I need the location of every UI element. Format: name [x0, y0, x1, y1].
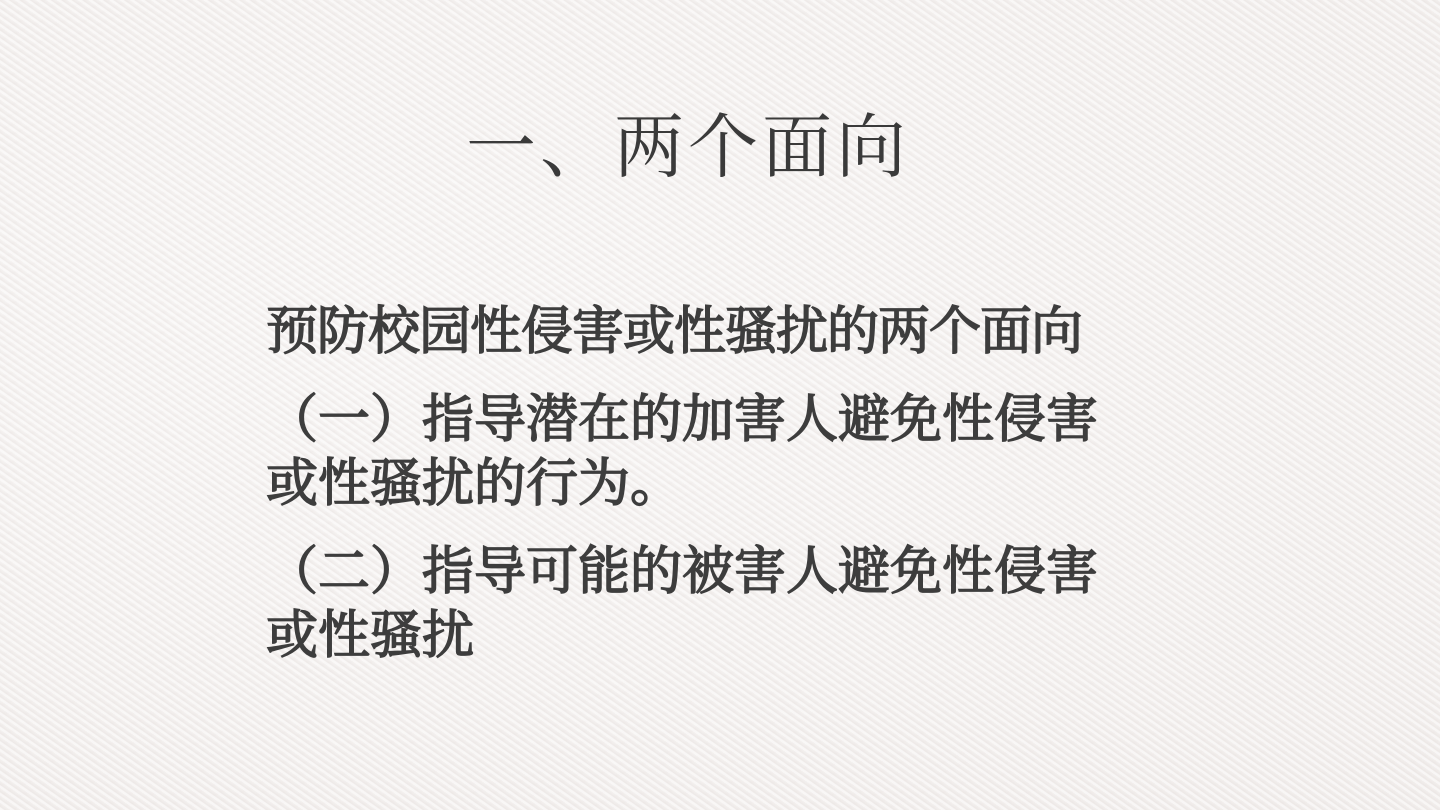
slide-body: 预防校园性侵害或性骚扰的两个面向 （一）指导潜在的加害人避免性侵害或性骚扰的行为… — [266, 300, 1146, 692]
slide-heading: 预防校园性侵害或性骚扰的两个面向 — [266, 300, 1146, 364]
list-item-2: （二）指导可能的被害人避免性侵害或性骚扰 — [266, 540, 1146, 668]
slide: 一、两个面向 预防校园性侵害或性骚扰的两个面向 （一）指导潜在的加害人避免性侵害… — [0, 0, 1440, 810]
list-item-1: （一）指导潜在的加害人避免性侵害或性骚扰的行为。 — [266, 388, 1146, 516]
slide-title: 一、两个面向 — [466, 112, 910, 182]
